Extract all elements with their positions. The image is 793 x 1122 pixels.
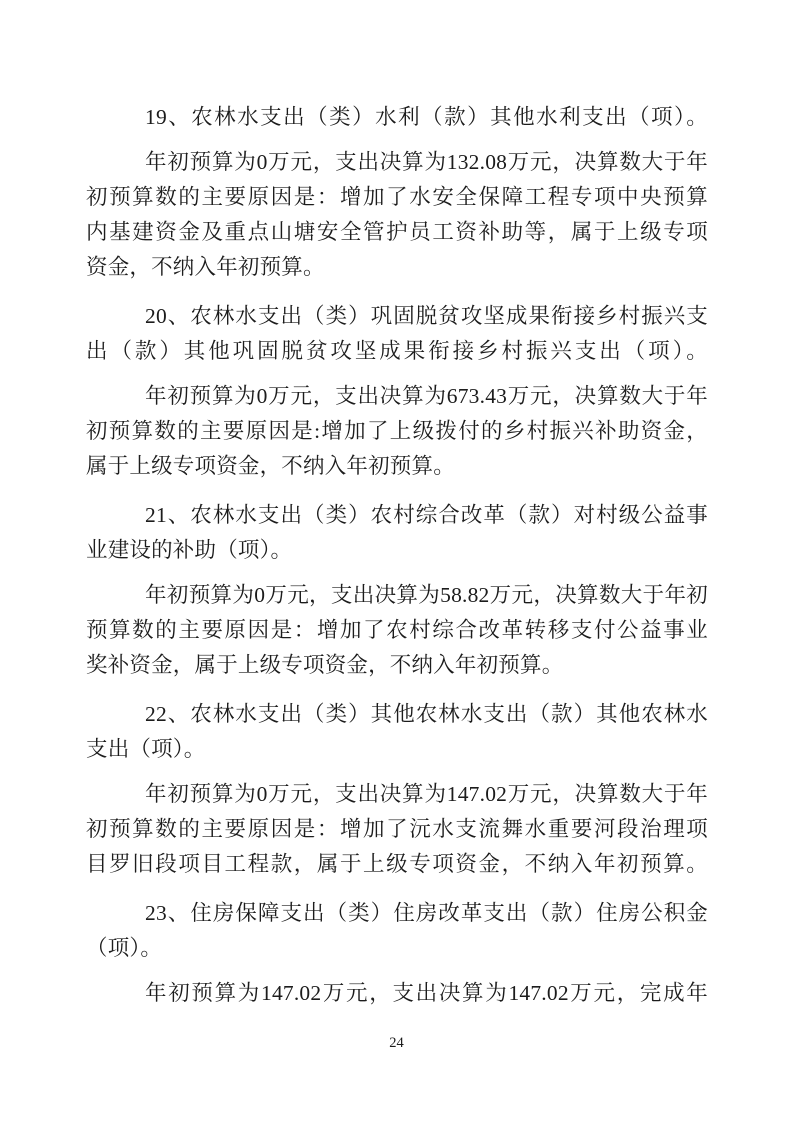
- paragraph-item-19-body: 年初预算为0万元，支出决算为132.08万元，决算数大于年 初预算数的主要原因是…: [86, 145, 708, 285]
- text-line: 资金，不纳入年初预算。: [86, 250, 708, 285]
- paragraph-item-21-body: 年初预算为0万元，支出决算为58.82万元，决算数大于年初 预算数的主要原因是：…: [86, 578, 708, 683]
- text-line: 年初预算为0万元，支出决算为132.08万元，决算数大于年: [86, 145, 708, 180]
- text-line: 20、农林水支出（类）巩固脱贫攻坚成果衔接乡村振兴支: [86, 299, 708, 334]
- text-line: 年初预算为0万元，支出决算为673.43万元，决算数大于年: [86, 379, 708, 414]
- paragraph-item-23-body: 年初预算为147.02万元，支出决算为147.02万元，完成年: [86, 976, 708, 1011]
- text-line: 初预算数的主要原因是:增加了上级拨付的乡村振兴补助资金，: [86, 414, 708, 449]
- document-page: 19、农林水支出（类）水利（款）其他水利支出（项）。 年初预算为0万元，支出决算…: [0, 0, 793, 1122]
- paragraph-item-19-heading: 19、农林水支出（类）水利（款）其他水利支出（项）。: [86, 100, 708, 135]
- paragraph-item-20-body: 年初预算为0万元，支出决算为673.43万元，决算数大于年 初预算数的主要原因是…: [86, 379, 708, 484]
- text-line: 初预算数的主要原因是：增加了水安全保障工程专项中央预算: [86, 180, 708, 215]
- paragraph-item-23-heading: 23、住房保障支出（类）住房改革支出（款）住房公积金 （项）。: [86, 896, 708, 966]
- text-line: 年初预算为147.02万元，支出决算为147.02万元，完成年: [86, 976, 708, 1011]
- text-line: 支出（项）。: [86, 732, 708, 767]
- page-number: 24: [0, 1033, 793, 1053]
- text-line: 初预算数的主要原因是：增加了沅水支流舞水重要河段治理项: [86, 812, 708, 847]
- text-line: 22、农林水支出（类）其他农林水支出（款）其他农林水: [86, 697, 708, 732]
- paragraph-item-22-body: 年初预算为0万元，支出决算为147.02万元，决算数大于年 初预算数的主要原因是…: [86, 777, 708, 882]
- text-line: 内基建资金及重点山塘安全管护员工资补助等，属于上级专项: [86, 215, 708, 250]
- text-line: 奖补资金，属于上级专项资金，不纳入年初预算。: [86, 648, 708, 683]
- paragraph-item-20-heading: 20、农林水支出（类）巩固脱贫攻坚成果衔接乡村振兴支 出（款）其他巩固脱贫攻坚成…: [86, 299, 708, 369]
- text-line: 年初预算为0万元，支出决算为58.82万元，决算数大于年初: [86, 578, 708, 613]
- text-line: 属于上级专项资金，不纳入年初预算。: [86, 449, 708, 484]
- text-line: 目罗旧段项目工程款，属于上级专项资金，不纳入年初预算。: [86, 847, 708, 882]
- text-line: 出（款）其他巩固脱贫攻坚成果衔接乡村振兴支出（项）。: [86, 334, 708, 369]
- paragraph-item-21-heading: 21、农林水支出（类）农村综合改革（款）对村级公益事 业建设的补助（项）。: [86, 498, 708, 568]
- paragraph-item-22-heading: 22、农林水支出（类）其他农林水支出（款）其他农林水 支出（项）。: [86, 697, 708, 767]
- text-line: 业建设的补助（项）。: [86, 533, 708, 568]
- document-text-block: 19、农林水支出（类）水利（款）其他水利支出（项）。 年初预算为0万元，支出决算…: [86, 100, 708, 1011]
- text-line: 19、农林水支出（类）水利（款）其他水利支出（项）。: [86, 100, 708, 135]
- text-line: 23、住房保障支出（类）住房改革支出（款）住房公积金: [86, 896, 708, 931]
- text-line: （项）。: [86, 931, 708, 966]
- text-line: 预算数的主要原因是：增加了农村综合改革转移支付公益事业: [86, 613, 708, 648]
- text-line: 21、农林水支出（类）农村综合改革（款）对村级公益事: [86, 498, 708, 533]
- text-line: 年初预算为0万元，支出决算为147.02万元，决算数大于年: [86, 777, 708, 812]
